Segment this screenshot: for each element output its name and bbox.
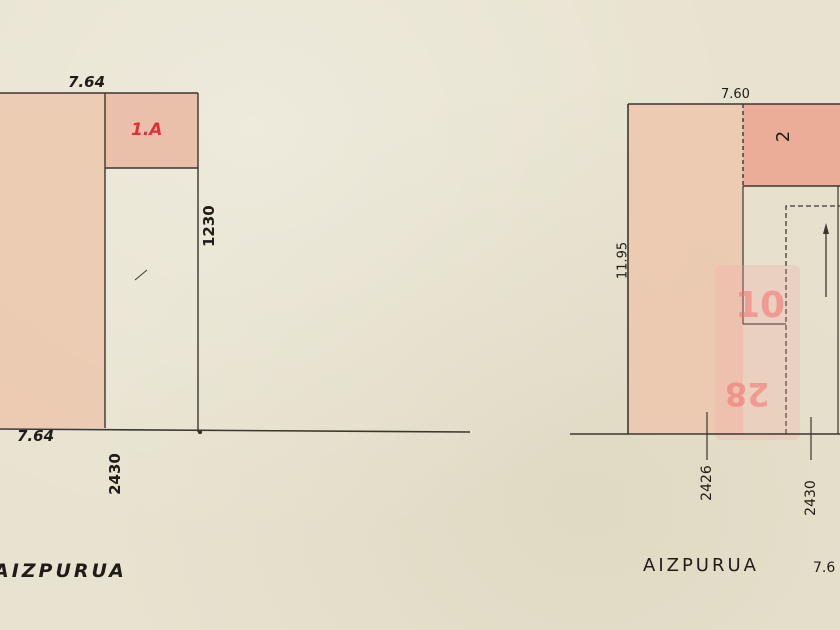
left-street-name: AIZPURUA [0, 560, 127, 582]
right-plot [570, 104, 840, 460]
left-top-dimension: 7.64 [68, 73, 105, 91]
left-address-number: 2430 [106, 452, 124, 496]
right-address-number-1: 2426 [699, 463, 715, 503]
right-street-name: AIZPURUA [643, 555, 759, 576]
plan-drawing [0, 0, 840, 630]
left-side-dimension: 1230 [200, 207, 218, 247]
left-bottom-dimension: 7.64 [17, 427, 54, 445]
right-top-dimension: 7.60 [721, 87, 750, 102]
left-parcel-label: 1.A [131, 120, 162, 140]
right-parcel-label: 2 [773, 131, 794, 142]
right-address-number-2: 2430 [803, 478, 819, 518]
stamp-text-2: 28 [725, 375, 770, 413]
right-parcel-2[interactable] [743, 104, 840, 186]
stamp-text-1: 10 [735, 285, 785, 326]
left-street-line [0, 429, 470, 432]
right-side-dimension: 11.95 [616, 241, 631, 281]
left-plot [0, 93, 470, 434]
left-lot-fill [0, 93, 105, 428]
right-street-suffix: 7.6 [813, 560, 835, 576]
